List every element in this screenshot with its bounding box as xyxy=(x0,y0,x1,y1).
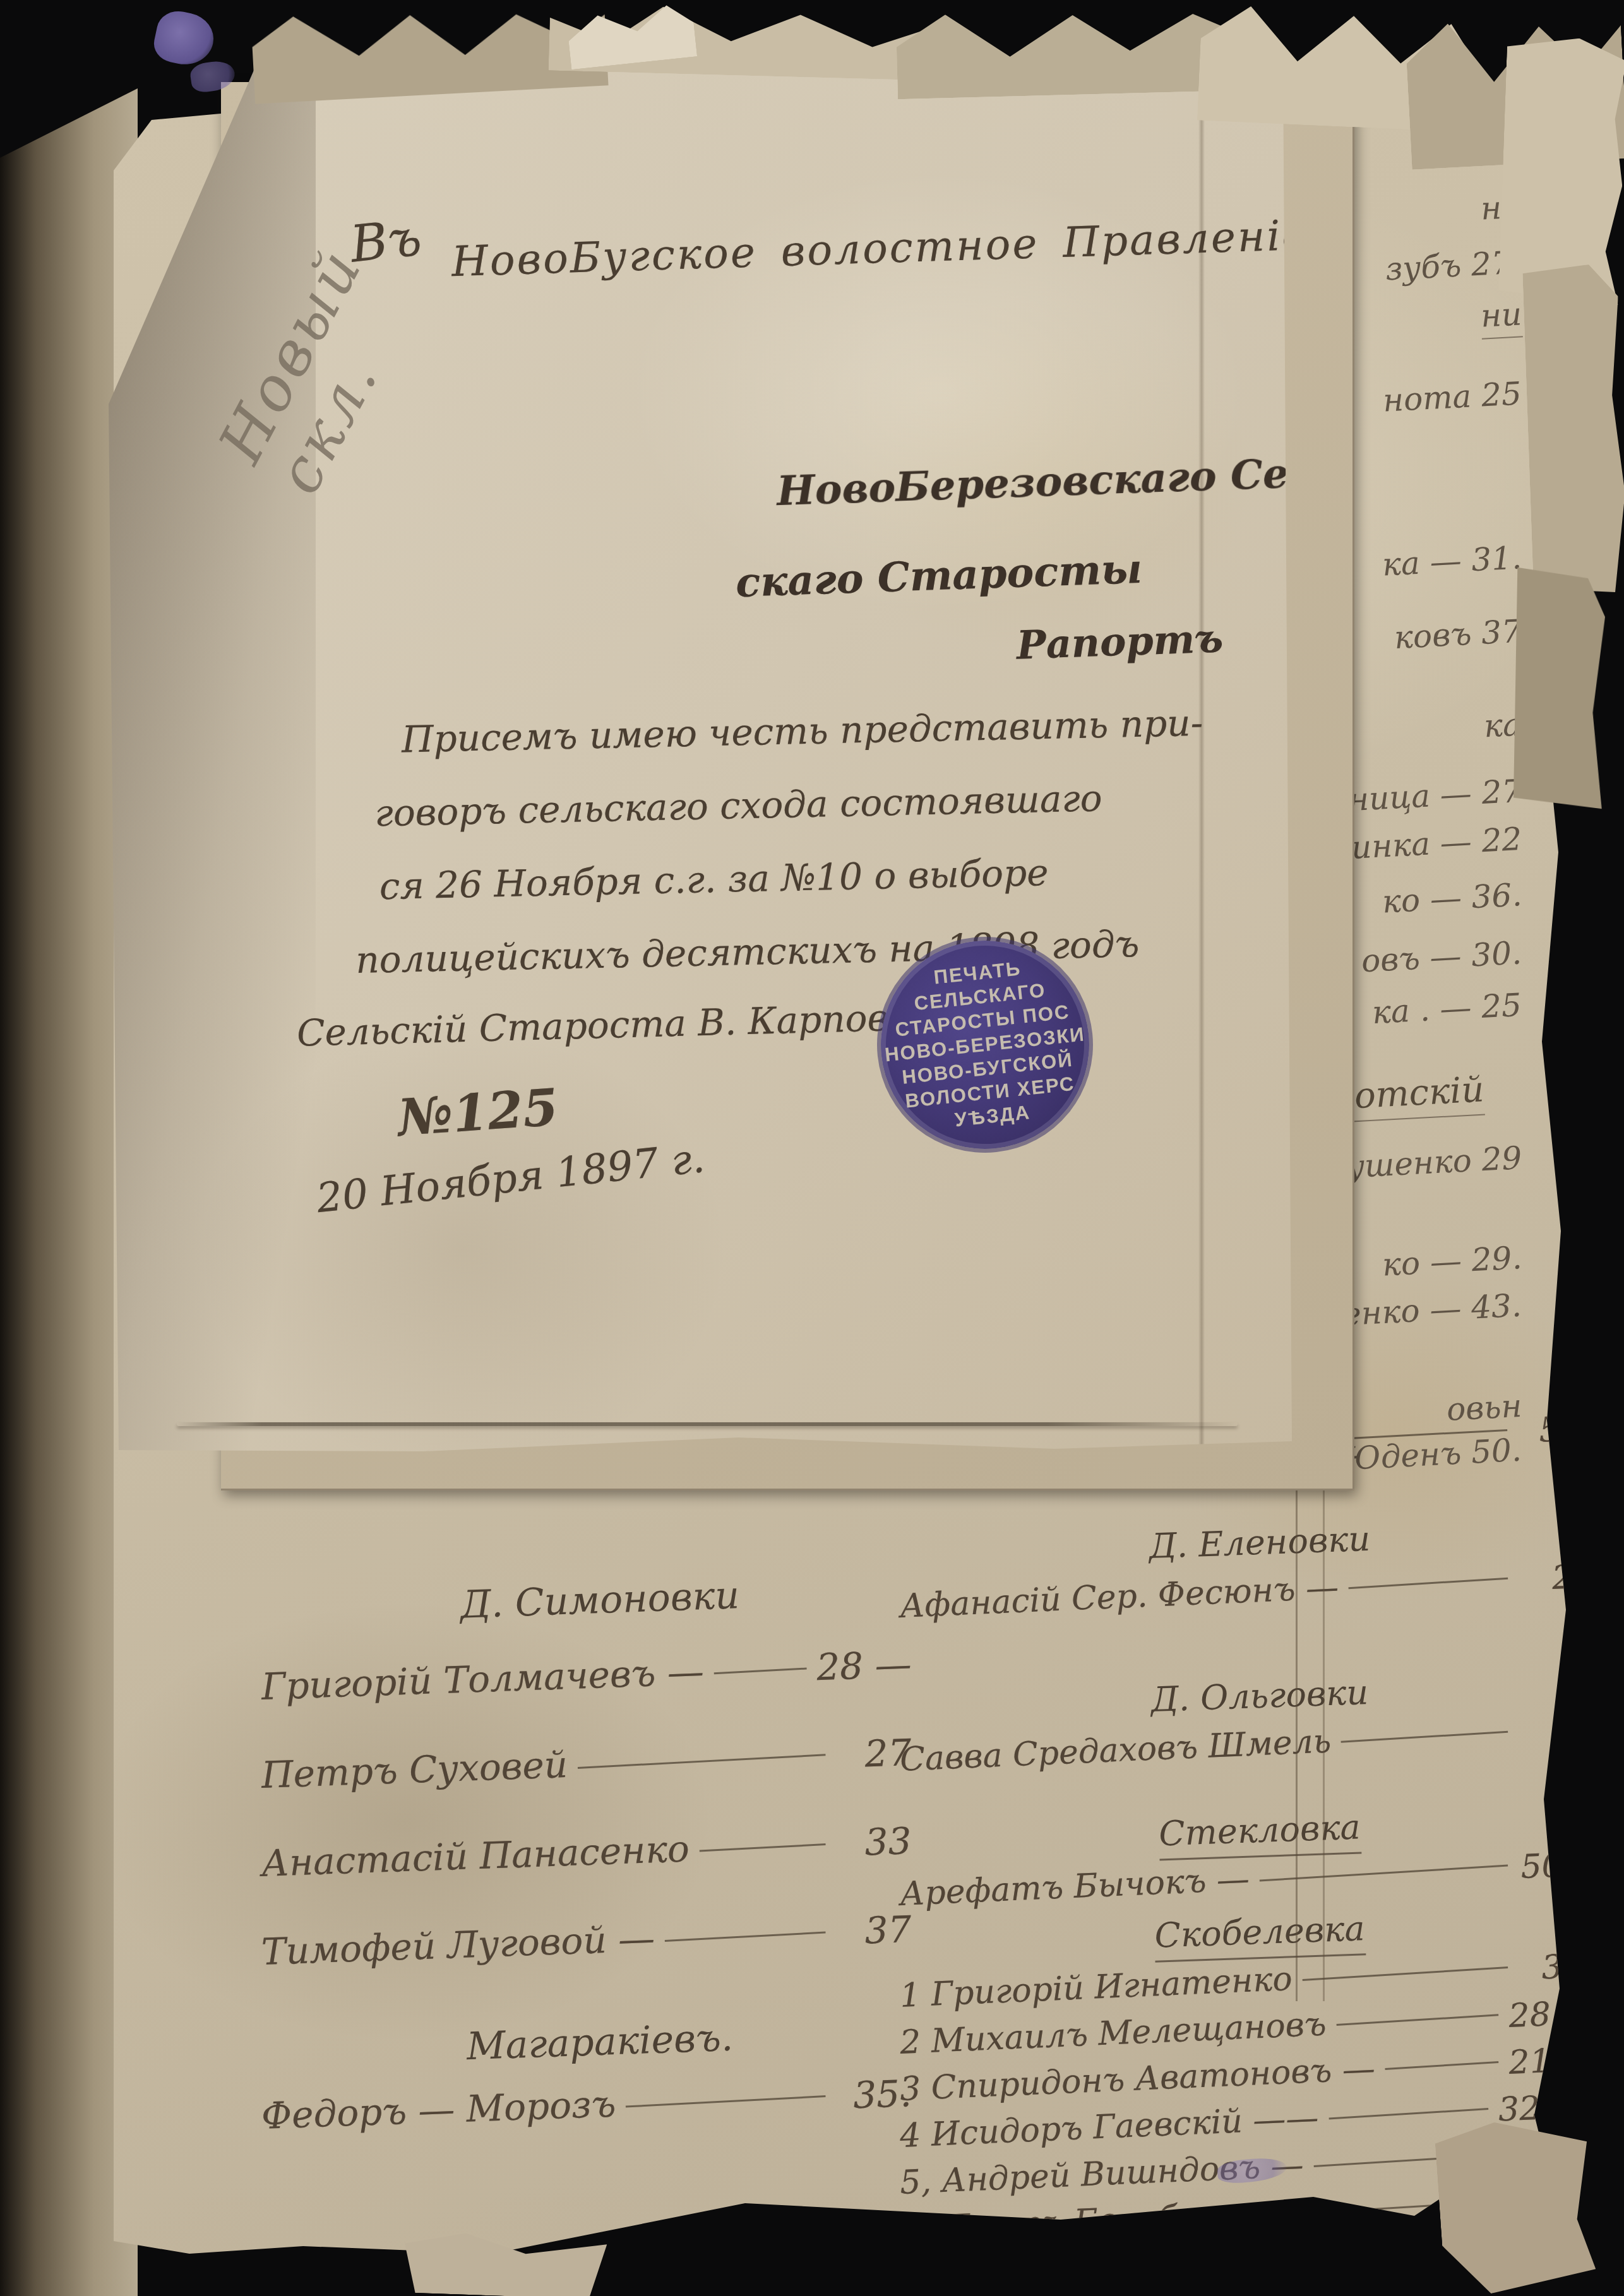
edge-fragment: инка — 22 xyxy=(1350,821,1522,866)
torn-paper-edge xyxy=(1522,264,1624,595)
dash-leader xyxy=(665,1932,825,1942)
person-name: 1 Григорій Игнатенко xyxy=(899,1960,1293,2015)
fragment-text: ни xyxy=(1479,295,1523,339)
fragment-text: ко — 36. xyxy=(1381,876,1522,920)
torn-paper-edge xyxy=(1498,36,1624,305)
sender-line: скаго Старосты xyxy=(735,545,1143,607)
archive-photo: Иванъ Юрьевъ. 40 Д. СимоновкиГригорій То… xyxy=(0,0,1624,2296)
header-text: Магаракіевъ. xyxy=(466,2016,734,2069)
person-name: Арефатъ Бычокъ — xyxy=(899,1860,1250,1913)
edge-fragment: ка . — 25 xyxy=(1371,987,1523,1031)
edge-fragment: ница — 27 xyxy=(1347,773,1522,818)
village-header: Магаракіевъ. xyxy=(287,2009,913,2076)
fragment-text: ница — 27 xyxy=(1347,773,1522,818)
fragment-text: ковъ 37 xyxy=(1394,613,1523,656)
village-section: Д. СимоновкиГригорій Толмачевъ —28 —Петр… xyxy=(262,1578,912,2008)
edge-fragment: ка — 31. xyxy=(1382,539,1523,583)
edge-fragment: Юденъ 50. xyxy=(1342,1432,1522,1478)
edge-fragment: нота 25 xyxy=(1382,375,1523,419)
dash-leader xyxy=(714,1668,807,1675)
village-header: Д. Симоновки xyxy=(287,1567,913,1634)
document-number: №125 xyxy=(396,1077,560,1147)
edge-fragment: ко — 29. xyxy=(1381,1239,1522,1283)
edge-fragment: овъ — 30. xyxy=(1361,934,1523,979)
person-name: Федоръ — Морозъ xyxy=(261,2082,616,2138)
stamp-text: ПЕЧАТЬСЕЛЬСКАГОСТАРОСТЫ ПОСНОВО-БЕРЕЗОЗК… xyxy=(871,931,1100,1160)
fragment-text: ка . — 25 xyxy=(1371,987,1523,1031)
report-sheet: Новый скл. Въ НовоБугское волостное Прав… xyxy=(107,54,1294,1461)
dash-leader xyxy=(626,2095,825,2108)
person-name: Афанасій Сер. Фесюнъ — xyxy=(899,1569,1339,1626)
person-name: Григорій Толмачевъ — xyxy=(261,1650,705,1708)
sender-line: НовоБерезовскаго Сель- xyxy=(776,448,1362,515)
list-row: Федоръ — Морозъ35. xyxy=(261,2072,914,2183)
fragment-text: ка — 31. xyxy=(1382,539,1523,583)
dash-leader xyxy=(578,1754,825,1769)
edge-fragment: енко — 43. xyxy=(1342,1287,1522,1333)
person-value: 28 — xyxy=(816,1643,912,1689)
dash-leader xyxy=(700,1843,826,1852)
fragment-text: овъ — 30. xyxy=(1361,934,1523,979)
person-name: Савва Средаховъ Шмель xyxy=(899,1722,1332,1779)
report-title: Рапортъ xyxy=(1016,615,1224,668)
ink-stamp: ПЕЧАТЬСЕЛЬСКАГОСТАРОСТЫ ПОСНОВО-БЕРЕЗОЗК… xyxy=(871,931,1100,1160)
ink-smudge-line xyxy=(177,1422,1238,1426)
fragment-text: овьн xyxy=(1445,1388,1522,1428)
fragment-text: ко — 29. xyxy=(1381,1239,1522,1283)
edge-fragment: ко — 36. xyxy=(1381,876,1522,920)
violet-smudge xyxy=(150,7,218,69)
fragment-text: нота 25 xyxy=(1382,375,1523,419)
document-date: 20 Ноября 1897 г. xyxy=(314,1135,707,1222)
addressee-line: НовоБугское волостное Правленіе xyxy=(451,211,1309,287)
edge-fragment: ковъ 37 xyxy=(1394,613,1523,656)
torn-paper-edge xyxy=(895,0,1251,99)
fragment-text: Юденъ 50. xyxy=(1342,1432,1522,1478)
edge-fragment: ни xyxy=(1479,295,1522,334)
village-section: Магаракіевъ.Федоръ — Морозъ35. xyxy=(262,2020,912,2172)
torn-paper-edge xyxy=(1514,568,1606,809)
left-name-column: Д. СимоновкиГригорій Толмачевъ —28 —Петр… xyxy=(262,1559,912,2172)
fragment-text: енко — 43. xyxy=(1342,1287,1522,1333)
addressee-prefix: Въ xyxy=(347,208,424,273)
edge-fragment: овьн xyxy=(1445,1388,1522,1428)
header-text: Д. Симоновки xyxy=(460,1573,741,1627)
fragment-text: инка — 22 xyxy=(1350,821,1522,866)
